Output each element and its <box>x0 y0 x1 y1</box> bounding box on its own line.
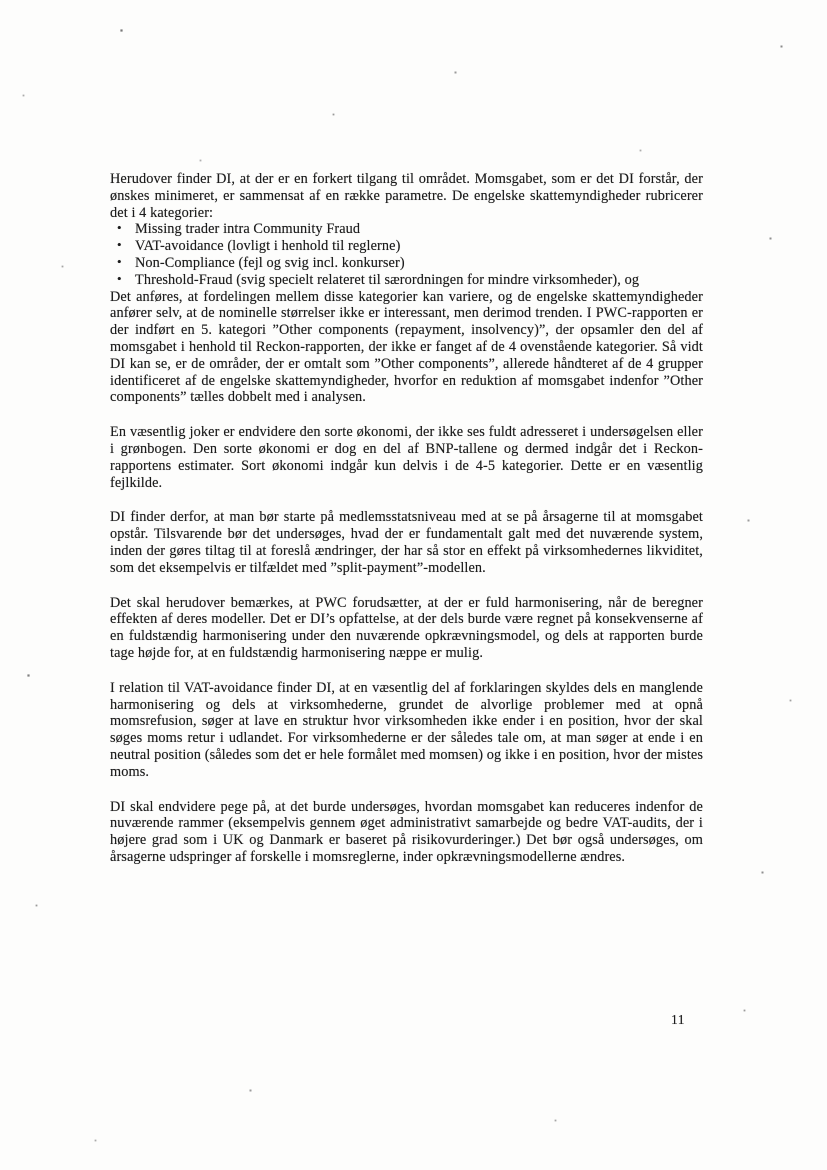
bullet-icon: • <box>117 237 122 254</box>
bullet-list: • Missing trader intra Community Fraud •… <box>110 221 703 288</box>
body-paragraph: DI skal endvidere pege på, at det burde … <box>110 799 703 866</box>
text-block: Herudover finder DI, at der er en forker… <box>110 171 703 884</box>
bullet-item: • Missing trader intra Community Fraud <box>110 221 703 238</box>
body-paragraph: I relation til VAT-avoidance finder DI, … <box>110 680 703 781</box>
bullet-item-text: Missing trader intra Community Fraud <box>135 221 360 237</box>
bullet-item: • Non-Compliance (fejl og svig incl. kon… <box>110 255 703 272</box>
bullet-icon: • <box>117 220 122 237</box>
bullet-item: • VAT-avoidance (lovligt i henhold til r… <box>110 238 703 255</box>
page-number: 11 <box>671 1012 685 1028</box>
body-paragraph: DI finder derfor, at man bør starte på m… <box>110 509 703 576</box>
bullet-item-text: Non-Compliance (fejl og svig incl. konku… <box>135 255 405 271</box>
bullet-icon: • <box>117 254 122 271</box>
bullet-icon: • <box>117 271 122 288</box>
bullet-item: • Threshold-Fraud (svig specielt relater… <box>110 272 703 289</box>
intro-paragraph: Herudover finder DI, at der er en forker… <box>110 171 703 221</box>
body-paragraph: Det skal herudover bemærkes, at PWC foru… <box>110 595 703 662</box>
scanned-document-page: Herudover finder DI, at der er en forker… <box>0 0 827 1170</box>
bullet-item-text: VAT-avoidance (lovligt i henhold til reg… <box>135 238 400 254</box>
bullet-item-text: Threshold-Fraud (svig specielt relateret… <box>135 272 639 288</box>
scan-noise <box>0 0 1 1</box>
body-paragraph: En væsentlig joker er endvidere den sort… <box>110 424 703 491</box>
body-paragraph: Det anføres, at fordelingen mellem disse… <box>110 289 703 407</box>
